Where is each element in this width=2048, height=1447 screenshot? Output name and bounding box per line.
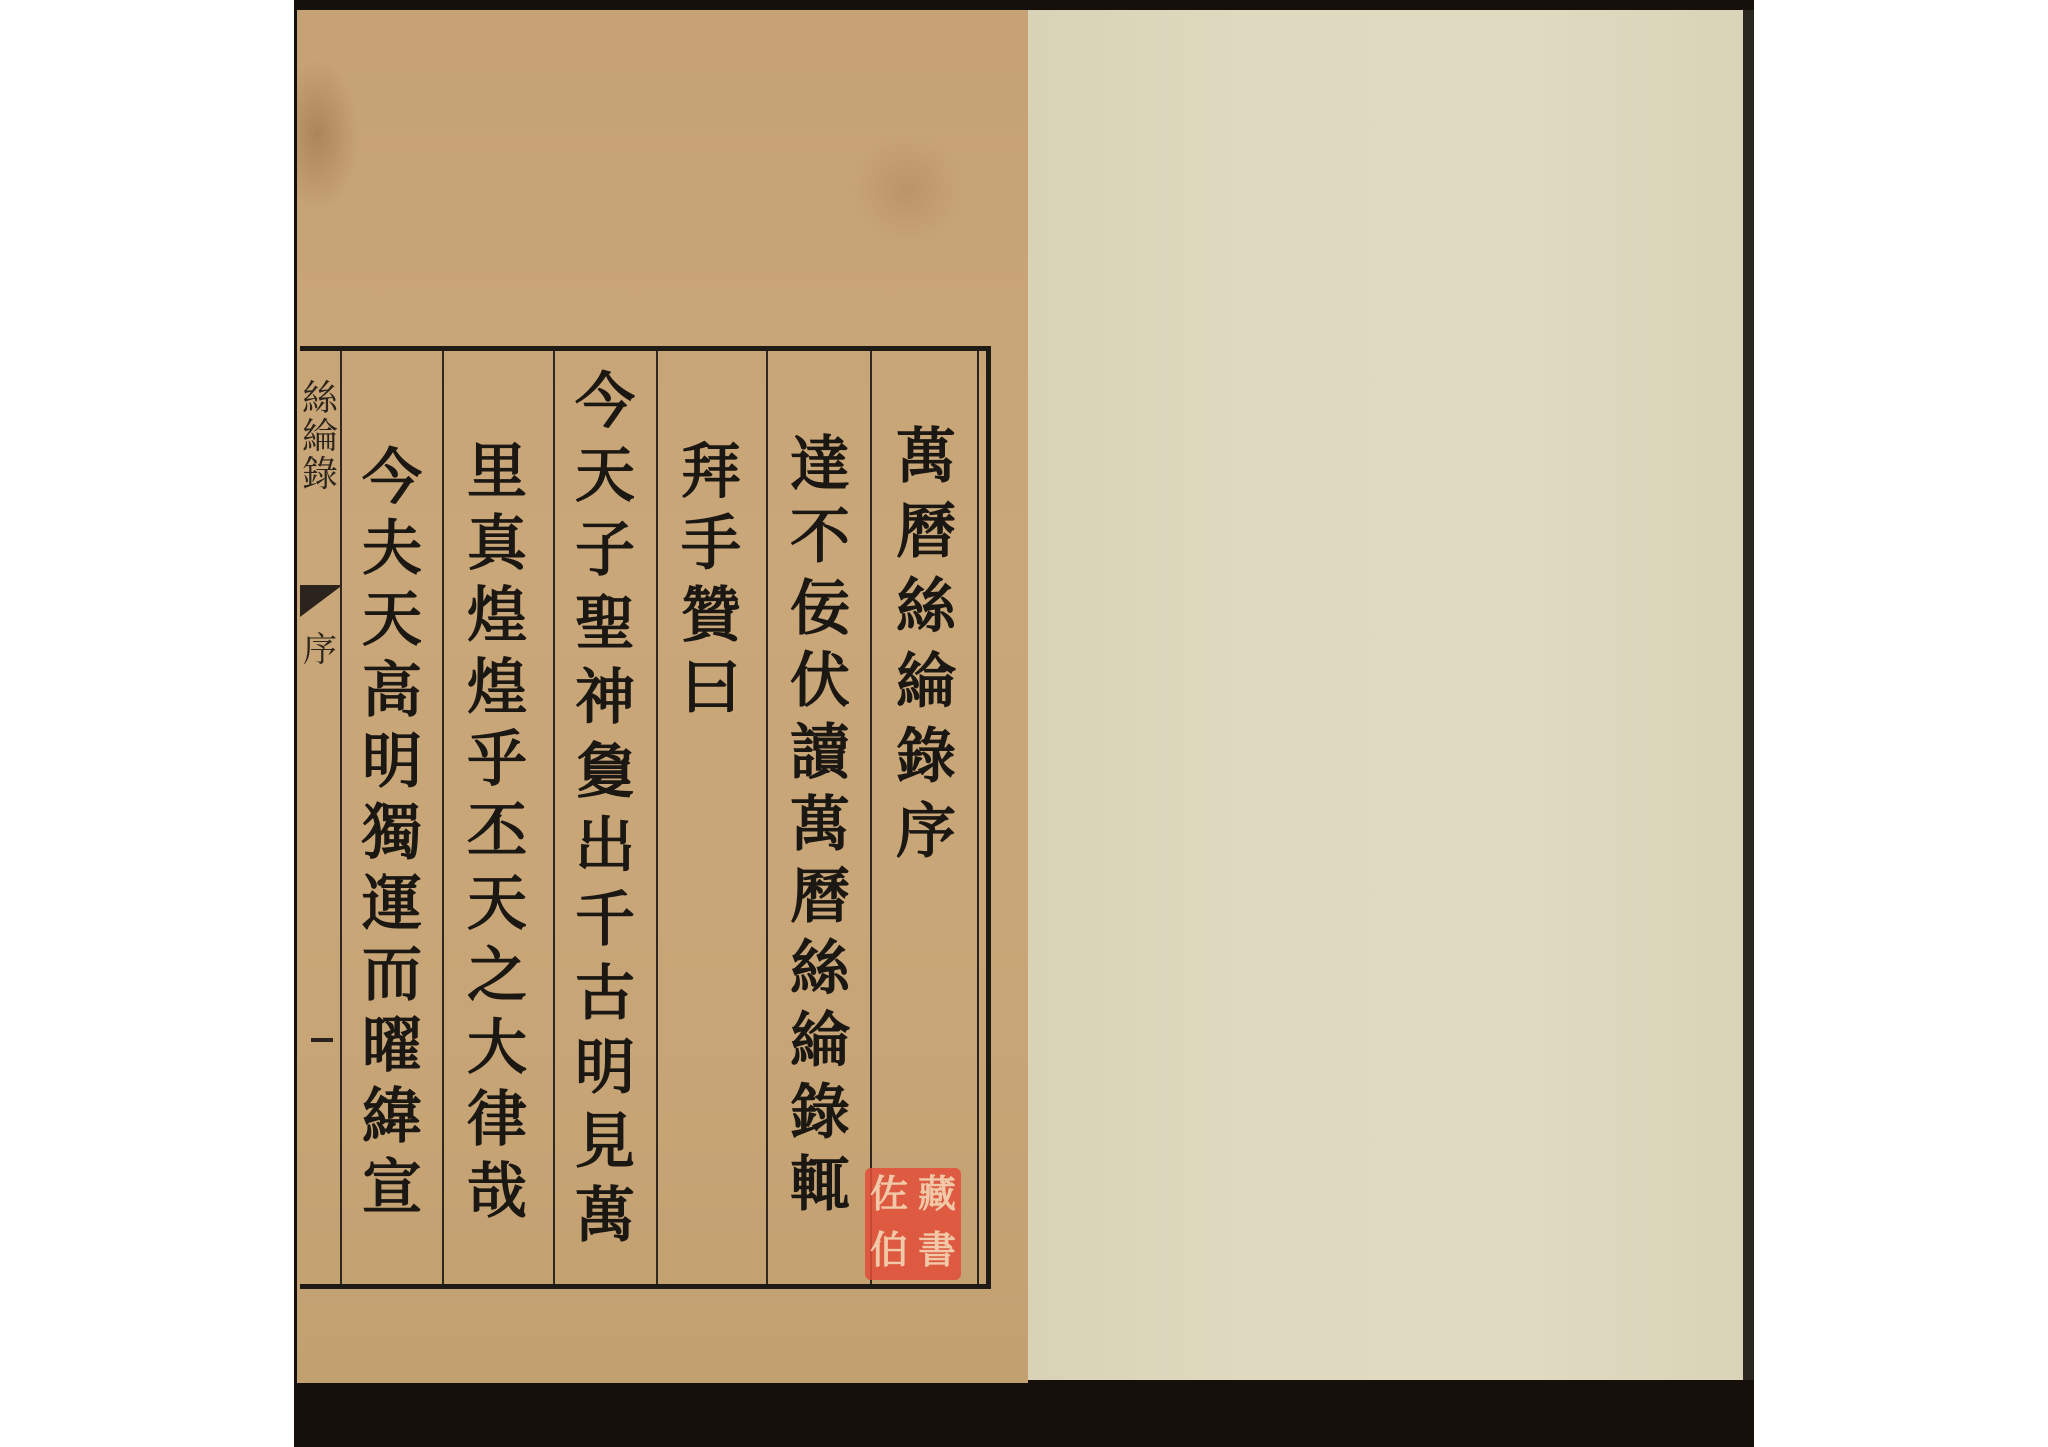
seal-char: 佐 [865,1168,913,1224]
column-divider [553,351,555,1284]
char: 之 [467,946,527,1006]
char: 神 [575,668,635,728]
char: 不 [790,507,850,567]
char: 明 [362,732,422,792]
char: 曜 [362,1016,422,1076]
char: 天 [575,446,635,506]
char: 子 [575,520,635,580]
frame-bottom-border [300,1284,990,1289]
banxin-char: 錄 [302,456,338,494]
char: 萬 [790,795,850,855]
char: 古 [575,964,635,1024]
char: 錄 [896,727,956,787]
column-2: 達 不 佞 伏 讀 萬 曆 絲 綸 錄 輒 [774,435,866,1215]
char: 而 [362,945,422,1005]
char: 敻 [575,742,635,802]
right-page-blank [1028,10,1743,1380]
char: 乎 [467,730,527,790]
banxin-title: 絲 綸 錄 [300,380,340,493]
char: 煌 [467,586,527,646]
seal-char: 伯 [865,1224,913,1280]
left-page: 絲 綸 錄 序 一 萬 曆 絲 綸 錄 序 達 不 佞 伏 讀 萬 曆 絲 綸 [297,10,1028,1383]
char: 伏 [790,651,850,711]
char: 讀 [790,723,850,783]
char: 哉 [467,1162,527,1222]
char: 今 [575,372,635,432]
char: 絲 [790,939,850,999]
column-divider [442,351,444,1284]
banxin-divider [340,351,342,1284]
char: 今 [362,448,422,508]
frame-top-border [300,346,990,351]
char: 高 [362,661,422,721]
char: 天 [467,874,527,934]
column-divider [870,351,872,1284]
banxin-char: 綸 [302,418,338,456]
char: 達 [790,435,850,495]
banxin-section: 序 [303,622,337,671]
char: 綸 [896,652,956,712]
char: 錄 [790,1083,850,1143]
char: 曆 [790,867,850,927]
char: 絲 [896,577,956,637]
frame-right-inner-border [977,351,979,1284]
char: 天 [362,590,422,650]
char: 律 [467,1090,527,1150]
char: 曆 [896,502,956,562]
char: 緯 [362,1087,422,1147]
char: 輒 [790,1155,850,1215]
char: 手 [681,514,741,574]
char: 千 [575,890,635,950]
char: 出 [575,816,635,876]
char: 曰 [681,658,741,718]
frame-right-border [986,346,991,1289]
char: 煌 [467,658,527,718]
char: 聖 [575,594,635,654]
column-5: 里 真 煌 煌 乎 丕 天 之 大 律 哉 [447,442,547,1222]
char: 萬 [896,427,956,487]
column-title: 萬 曆 絲 綸 錄 序 [880,427,972,862]
fishtail-mark-icon [300,587,340,617]
seal-char: 藏 [913,1168,961,1224]
column-divider [656,351,658,1284]
seal-char: 書 [913,1224,961,1280]
banxin-char: 絲 [302,380,338,418]
column-3: 拜 手 贊 曰 [661,442,761,718]
book-edge [1743,10,1754,1380]
column-6: 今 夫 天 高 明 獨 運 而 曜 緯 宣 [345,448,439,1218]
char: 綸 [790,1011,850,1071]
collector-seal: 佐 藏 伯 書 [865,1168,961,1280]
char: 明 [575,1038,635,1098]
char: 大 [467,1018,527,1078]
column-4: 今 天 子 聖 神 敻 出 千 古 明 見 萬 [558,372,652,1246]
page-number-mark [311,1038,333,1042]
char: 運 [362,874,422,934]
char: 宣 [362,1158,422,1218]
char: 贊 [681,586,741,646]
book-scan: 絲 綸 錄 序 一 萬 曆 絲 綸 錄 序 達 不 佞 伏 讀 萬 曆 絲 綸 [294,0,1754,1447]
char: 序 [896,802,956,862]
char: 夫 [362,519,422,579]
char: 丕 [467,802,527,862]
char: 真 [467,514,527,574]
char: 獨 [362,803,422,863]
char: 里 [467,442,527,502]
char: 見 [575,1112,635,1172]
char: 萬 [575,1186,635,1246]
char: 佞 [790,579,850,639]
char: 拜 [681,442,741,502]
column-divider [766,351,768,1284]
